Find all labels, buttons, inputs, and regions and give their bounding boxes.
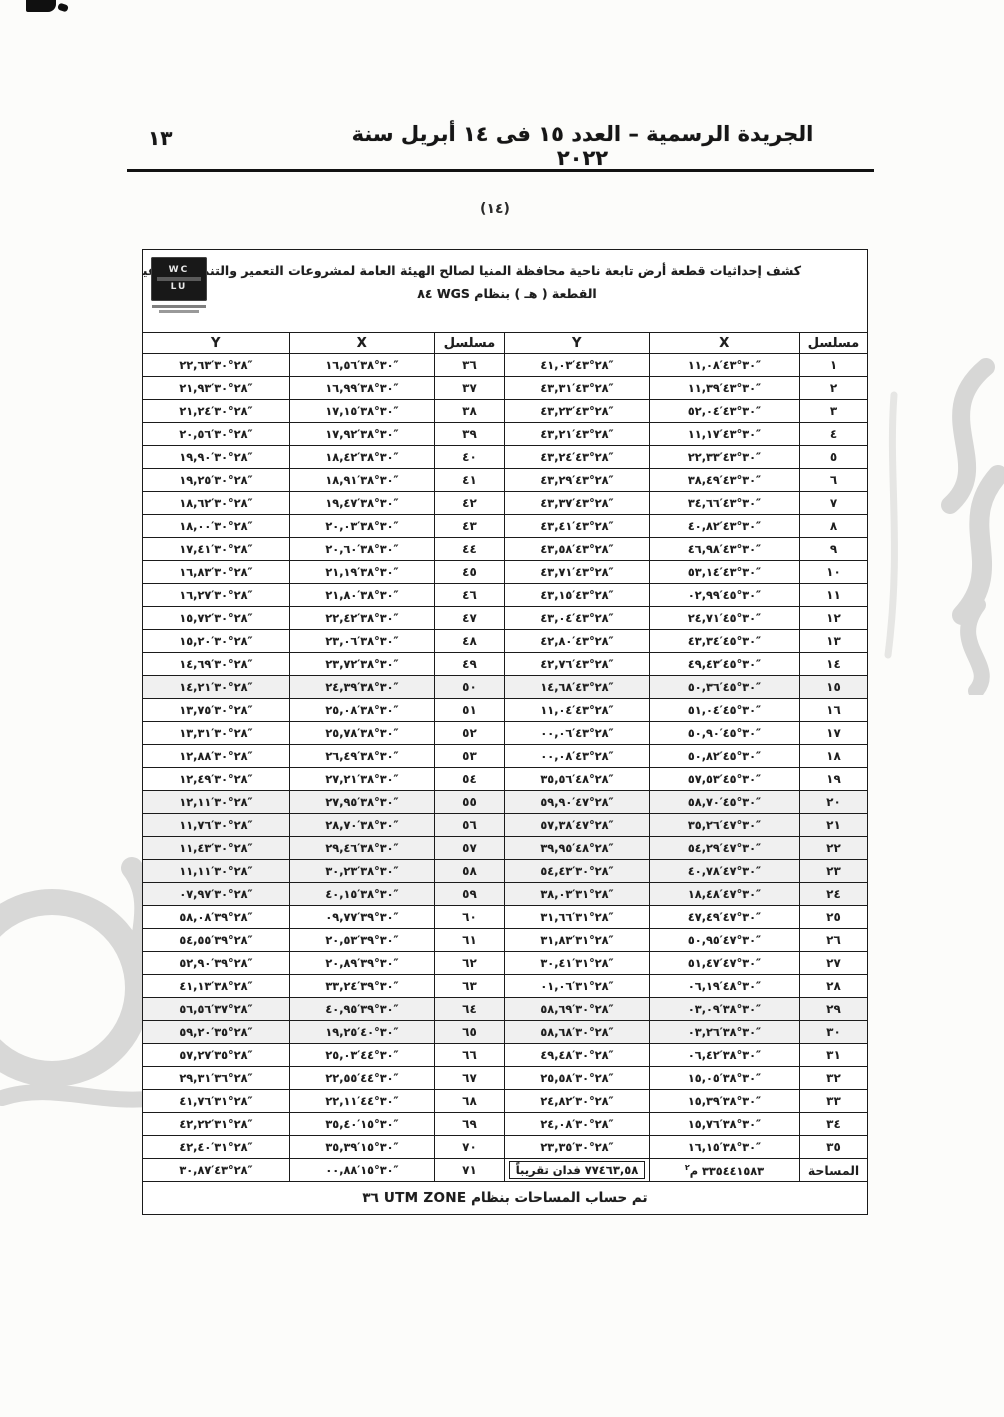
y-cell: ٢٨°٣٠′١٧,٤١″ bbox=[142, 538, 289, 561]
header-divider bbox=[127, 169, 874, 172]
serial-cell: ٢٣ bbox=[800, 860, 868, 883]
x-cell: ٣٠°٣٩′٤٠,٩٥″ bbox=[290, 998, 435, 1021]
serial-cell: ١٤ bbox=[800, 653, 868, 676]
x-cell: ٣٠°٤٤′٢٢,١١″ bbox=[290, 1090, 435, 1113]
y-cell: ٢٨°٤٧′٥٧,٣٨″ bbox=[505, 814, 650, 837]
y-cell: ٢٨°٣٠′٢١,٢٤″ bbox=[142, 400, 289, 423]
x-cell: ٣٠°٤٧′٣٥,٢٦″ bbox=[650, 814, 800, 837]
table-row: ٤٣٠°٤٣′١١,١٧″٢٨°٤٣′٤٣,٢١″٣٩٣٠°٣٨′١٧,٩٢″٢… bbox=[142, 423, 867, 446]
y-cell: ٢٨°٣١′٠١,٠٦″ bbox=[505, 975, 650, 998]
serial-cell: ١٥ bbox=[800, 676, 868, 699]
y-cell: ٢٨°٣٠′١٢,٨٨″ bbox=[142, 745, 289, 768]
x-cell: ٣٠°٤٣′٥٣,١٤″ bbox=[650, 561, 800, 584]
y-cell: ٢٨°٤٣′٤٣,٣١″ bbox=[505, 377, 650, 400]
y-cell: ٢٨°٣١′٤١,٧٦″ bbox=[142, 1090, 289, 1113]
table-row: ١٣٠°٤٣′١١,٠٨″٢٨°٤٣′٤١,٠٣″٣٦٣٠°٣٨′١٦,٥٦″٢… bbox=[142, 354, 867, 377]
x-cell: ٣٠°٤٧′٥٤,٢٩″ bbox=[650, 837, 800, 860]
serial-cell: ١٩ bbox=[800, 768, 868, 791]
y-cell: ٢٨°٣٠′٢٣,٣٥″ bbox=[505, 1136, 650, 1159]
authority-logo: WC LU bbox=[149, 257, 209, 325]
x-cell: ٣٠°٣٨′١٦,١٥″ bbox=[650, 1136, 800, 1159]
table-title-row: كشف إحداثيات قطعة أرض تابعة ناحية محافظة… bbox=[142, 250, 867, 333]
serial-cell: ٢ bbox=[800, 377, 868, 400]
gazette-page: الجريدة الرسمية – العدد ١٥ فى ١٤ أبريل س… bbox=[0, 0, 1004, 1417]
logo-caption-line bbox=[152, 305, 206, 308]
y-cell: ٢٨°٣٠′١٥,٢٠″ bbox=[142, 630, 289, 653]
x-cell: ٣٠°١٥′٠٠,٨٨″ bbox=[290, 1159, 435, 1182]
table-row: ٣٢٣٠°٣٨′١٥,٠٥″٢٨°٣٠′٢٥,٥٨″٦٧٣٠°٤٤′٢٢,٥٥″… bbox=[142, 1067, 867, 1090]
serial-cell: ٤٠ bbox=[435, 446, 505, 469]
x-cell: ٣٠°٣٨′٢٦,٤٩″ bbox=[290, 745, 435, 768]
y-cell: ٢٨°٣٠′١٣,٣١″ bbox=[142, 722, 289, 745]
logo-caption-line bbox=[159, 310, 199, 313]
y-cell: ٢٨°٣١′٣١,٨٣″ bbox=[505, 929, 650, 952]
serial-cell: ٦٤ bbox=[435, 998, 505, 1021]
serial-cell: ٣٦ bbox=[435, 354, 505, 377]
page-header: الجريدة الرسمية – العدد ١٥ فى ١٤ أبريل س… bbox=[330, 122, 835, 170]
column-header-serial: مسلسل bbox=[800, 333, 868, 354]
x-cell: ٣٠°٤٥′٥٠,٩٠″ bbox=[650, 722, 800, 745]
y-cell: ٢٨°٣٠′١٣,٧٥″ bbox=[142, 699, 289, 722]
x-cell: ٣٠°٤٥′٥٧,٥٣″ bbox=[650, 768, 800, 791]
serial-cell: ٤٤ bbox=[435, 538, 505, 561]
serial-cell: ٩ bbox=[800, 538, 868, 561]
table-row: ٢١٣٠°٤٧′٣٥,٢٦″٢٨°٤٧′٥٧,٣٨″٥٦٣٠°٣٨′٢٨,٧٠″… bbox=[142, 814, 867, 837]
serial-cell: ٤٧ bbox=[435, 607, 505, 630]
serial-cell: ١٨ bbox=[800, 745, 868, 768]
y-cell: ٢٨°٣٦′٢٩,٣١″ bbox=[142, 1067, 289, 1090]
table-row: ١٥٣٠°٤٥′٥٠,٣٦″٢٨°٤٣′١٤,٦٨″٥٠٣٠°٣٨′٢٤,٣٩″… bbox=[142, 676, 867, 699]
serial-cell: ٥١ bbox=[435, 699, 505, 722]
table-title-line2: القطعة ( هـ ) بنظام WGS ٨٤ bbox=[213, 283, 801, 304]
y-cell: ٢٨°٤٣′١١,٠٤″ bbox=[505, 699, 650, 722]
serial-cell: ٦٧ bbox=[435, 1067, 505, 1090]
serial-cell: ٢٨ bbox=[800, 975, 868, 998]
table-row: ٨٣٠°٤٣′٤٠,٨٢″٢٨°٤٣′٤٣,٤١″٤٣٣٠°٣٨′٢٠,٠٣″٢… bbox=[142, 515, 867, 538]
area-x-value: ٣٣٥٤٤١٥٨٣ م bbox=[690, 1164, 764, 1177]
y-cell: ٢٨°٣٠′١١,٤٣″ bbox=[142, 837, 289, 860]
x-cell: ٣٠°٣٨′٢٣,٧٢″ bbox=[290, 653, 435, 676]
table-footer-row: تم حساب المساحات بنظام UTM ZONE ٣٦ bbox=[142, 1182, 867, 1215]
y-cell: ٢٨°٣٠′١٤,٦٩″ bbox=[142, 653, 289, 676]
x-cell: ٣٠°٣٨′١٧,١٥″ bbox=[290, 400, 435, 423]
serial-cell: ٢٤ bbox=[800, 883, 868, 906]
y-cell: ٢٨°٣٠′٢٢,٦٣″ bbox=[142, 354, 289, 377]
table-row: ٣٤٣٠°٣٨′١٥,٧٦″٢٨°٣٠′٢٤,٠٨″٦٩٣٠°١٥′٣٥,٤٠″… bbox=[142, 1113, 867, 1136]
serial-cell: ٤٦ bbox=[435, 584, 505, 607]
y-cell: ٢٨°٤٣′٣٠,٨٧″ bbox=[142, 1159, 289, 1182]
serial-cell: ٦٩ bbox=[435, 1113, 505, 1136]
x-cell: ٣٠°٤٥′٥٠,٨٢″ bbox=[650, 745, 800, 768]
serial-cell: ٢٧ bbox=[800, 952, 868, 975]
serial-cell: ١٢ bbox=[800, 607, 868, 630]
column-header-y: Y bbox=[142, 333, 289, 354]
y-cell: ٢٨°٤٣′٤٢,٨٠″ bbox=[505, 630, 650, 653]
y-cell: ٢٨°٤٣′٤٣,٥٨″ bbox=[505, 538, 650, 561]
table-row: ٢٦٣٠°٤٧′٥٠,٩٥″٢٨°٣١′٣١,٨٣″٦١٣٠°٣٩′٢٠,٥٣″… bbox=[142, 929, 867, 952]
table-row: ٢٠٣٠°٤٥′٥٨,٧٠″٢٨°٤٧′٥٩,٩٠″٥٥٣٠°٣٨′٢٧,٩٥″… bbox=[142, 791, 867, 814]
serial-cell: ٣٩ bbox=[435, 423, 505, 446]
serial-cell: ٧٠ bbox=[435, 1136, 505, 1159]
serial-cell: ٦٢ bbox=[435, 952, 505, 975]
table-row: ٢٧٣٠°٤٧′٥١,٤٧″٢٨°٣١′٣٠,٤١″٦٢٣٠°٣٩′٢٠,٨٩″… bbox=[142, 952, 867, 975]
serial-cell: ١٣ bbox=[800, 630, 868, 653]
table-row: ١٦٣٠°٤٥′٥١,٠٤″٢٨°٤٣′١١,٠٤″٥١٣٠°٣٨′٢٥,٠٨″… bbox=[142, 699, 867, 722]
y-cell: ٢٨°٣٠′١٨,٦٢″ bbox=[142, 492, 289, 515]
table-row: ٣٥٣٠°٣٨′١٦,١٥″٢٨°٣٠′٢٣,٣٥″٧٠٣٠°١٥′٣٥,٣٩″… bbox=[142, 1136, 867, 1159]
logo-band bbox=[157, 277, 201, 281]
y-cell: ٢٨°٤٣′١٤,٦٨″ bbox=[505, 676, 650, 699]
table-title-line1: كشف إحداثيات قطعة أرض تابعة ناحية محافظة… bbox=[213, 260, 801, 281]
serial-cell: ٦٦ bbox=[435, 1044, 505, 1067]
y-cell: ٢٨°٤٣′٤٢,٧٦″ bbox=[505, 653, 650, 676]
x-cell: ٣٠°٣٨′٢٤,٣٩″ bbox=[290, 676, 435, 699]
serial-cell: ١٧ bbox=[800, 722, 868, 745]
y-cell: ٢٨°٣٠′٥٨,٦٩″ bbox=[505, 998, 650, 1021]
y-cell: ٢٨°٤٧′٥٩,٩٠″ bbox=[505, 791, 650, 814]
y-cell: ٢٨°٤٣′٤٣,٢٣″ bbox=[505, 400, 650, 423]
coordinates-table: كشف إحداثيات قطعة أرض تابعة ناحية محافظة… bbox=[143, 249, 868, 1215]
x-cell: ٣٠°٣٨′٢٨,٧٠″ bbox=[290, 814, 435, 837]
serial-cell: ٣٢ bbox=[800, 1067, 868, 1090]
x-cell: ٣٠°٣٨′١٨,٤٢″ bbox=[290, 446, 435, 469]
x-cell: ٣٠°٣٩′٣٣,٢٤″ bbox=[290, 975, 435, 998]
serial-cell: ٢٢ bbox=[800, 837, 868, 860]
serial-cell: ٧١ bbox=[435, 1159, 505, 1182]
y-cell: ٢٨°٤٣′٤٣,٢٩″ bbox=[505, 469, 650, 492]
table-row: ١٣٣٠°٤٥′٤٣,٣٤″٢٨°٤٣′٤٢,٨٠″٤٨٣٠°٣٨′٢٣,٠٦″… bbox=[142, 630, 867, 653]
serial-cell: ٦ bbox=[800, 469, 868, 492]
x-cell: ٣٠°٣٨′١٦,٥٦″ bbox=[290, 354, 435, 377]
y-cell: ٢٨°٣٩′٥٤,٥٥″ bbox=[142, 929, 289, 952]
y-cell: ٢٨°٣٠′١٥,٧٢″ bbox=[142, 607, 289, 630]
x-cell: ٣٠°٣٨′٢١,٨٠″ bbox=[290, 584, 435, 607]
y-cell: ٢٨°٣٠′١٦,٨٣″ bbox=[142, 561, 289, 584]
x-cell: ٣٠°٣٨′٢٩,٤٦″ bbox=[290, 837, 435, 860]
serial-cell: ٥٤ bbox=[435, 768, 505, 791]
y-cell: ٢٨°٣٠′٥٤,٤٣″ bbox=[505, 860, 650, 883]
table-row: ٣٣٣٠°٣٨′١٥,٣٩″٢٨°٣٠′٢٤,٨٢″٦٨٣٠°٤٤′٢٢,١١″… bbox=[142, 1090, 867, 1113]
table-row: ٣١٣٠°٣٨′٠٦,٤٢″٢٨°٣٠′٤٩,٤٨″٦٦٣٠°٤٤′٢٥,٠٣″… bbox=[142, 1044, 867, 1067]
authority-stamp-icon: WC LU bbox=[151, 257, 207, 301]
serial-cell: ٥٢ bbox=[435, 722, 505, 745]
x-cell: ٣٠°٣٨′١٥,٧٦″ bbox=[650, 1113, 800, 1136]
area-y-value: ٧٧٤٦٣,٥٨ فدان تقريباً bbox=[509, 1161, 646, 1179]
serial-cell: ٦٠ bbox=[435, 906, 505, 929]
table-row: ٢٣٣٠°٤٧′٤٠,٧٨″٢٨°٣٠′٥٤,٤٣″٥٨٣٠°٣٨′٣٠,٢٣″… bbox=[142, 860, 867, 883]
table-row: ١٧٣٠°٤٥′٥٠,٩٠″٢٨°٤٣′٠٠,٠٦″٥٢٣٠°٣٨′٢٥,٧٨″… bbox=[142, 722, 867, 745]
coordinates-table-body: ١٣٠°٤٣′١١,٠٨″٢٨°٤٣′٤١,٠٣″٣٦٣٠°٣٨′١٦,٥٦″٢… bbox=[142, 354, 867, 1182]
y-cell: ٢٨°٤٨′٣٥,٥٦″ bbox=[505, 768, 650, 791]
y-cell: ٢٨°٣٨′٤١,١٣″ bbox=[142, 975, 289, 998]
x-cell: ٣٠°٣٨′٤٠,١٥″ bbox=[290, 883, 435, 906]
x-cell: ٣٠°٣٨′٢٢,٤٢″ bbox=[290, 607, 435, 630]
table-row: ١١٣٠°٤٥′٠٢,٩٩″٢٨°٤٣′٤٣,١٥″٤٦٣٠°٣٨′٢١,٨٠″… bbox=[142, 584, 867, 607]
y-cell: ٢٨°٣٠′٤٩,٤٨″ bbox=[505, 1044, 650, 1067]
y-cell: ٢٨°٣٠′١٤,٢١″ bbox=[142, 676, 289, 699]
x-cell: ٣٠°٣٩′٢٠,٨٩″ bbox=[290, 952, 435, 975]
serial-cell: ٤٣ bbox=[435, 515, 505, 538]
y-cell: ٢٨°٣١′٣١,٦٦″ bbox=[505, 906, 650, 929]
x-cell: ٣٠°٣٨′١٨,٩١″ bbox=[290, 469, 435, 492]
logo-letters-top: WC bbox=[169, 266, 190, 275]
x-cell: ٣٠°٣٨′١٥,٣٩″ bbox=[650, 1090, 800, 1113]
y-cell: ٢٨°٤٣′٤٣,٣٧″ bbox=[505, 492, 650, 515]
table-row: ٢٣٠°٤٣′١١,٣٩″٢٨°٤٣′٤٣,٣١″٣٧٣٠°٣٨′١٦,٩٩″٢… bbox=[142, 377, 867, 400]
serial-cell: ٥٦ bbox=[435, 814, 505, 837]
serial-cell: ٦٣ bbox=[435, 975, 505, 998]
x-cell: ٣٠°٤٣′٤٠,٨٢″ bbox=[650, 515, 800, 538]
serial-cell: ٣٥ bbox=[800, 1136, 868, 1159]
serial-cell: ٤ bbox=[800, 423, 868, 446]
table-row: ٢٩٣٠°٣٨′٠٣,٠٩″٢٨°٣٠′٥٨,٦٩″٦٤٣٠°٣٩′٤٠,٩٥″… bbox=[142, 998, 867, 1021]
serial-cell: ١٦ bbox=[800, 699, 868, 722]
serial-cell: ٣٧ bbox=[435, 377, 505, 400]
x-cell: ٣٠°٤٥′٥١,٠٤″ bbox=[650, 699, 800, 722]
x-cell: ٣٠°٣٨′٢٠,٦٠″ bbox=[290, 538, 435, 561]
scan-smudge bbox=[57, 3, 69, 13]
x-cell: ٣٠°٣٨′٢٧,٩٥″ bbox=[290, 791, 435, 814]
serial-cell: ٢٩ bbox=[800, 998, 868, 1021]
y-cell: ٢٨°٣٠′١٢,٤٩″ bbox=[142, 768, 289, 791]
y-cell: ٢٨°٤٣′٤١,٠٣″ bbox=[505, 354, 650, 377]
column-header-x: X bbox=[290, 333, 435, 354]
y-cell: ٢٨°٣٠′١٦,٢٧″ bbox=[142, 584, 289, 607]
x-cell: ٣٠°٤٧′٤٠,٧٨″ bbox=[650, 860, 800, 883]
table-row: ١٩٣٠°٤٥′٥٧,٥٣″٢٨°٤٨′٣٥,٥٦″٥٤٣٠°٣٨′٢٧,٢١″… bbox=[142, 768, 867, 791]
serial-cell: ٦١ bbox=[435, 929, 505, 952]
x-cell: ٣٠°٣٨′٠٣,٢٦″ bbox=[650, 1021, 800, 1044]
x-cell: ٣٠°٤٧′١٨,٤٨″ bbox=[650, 883, 800, 906]
x-cell: ٣٠°٤٨′٠٦,١٩″ bbox=[650, 975, 800, 998]
y-cell: ٢٨°٣٠′٢٠,٥٦″ bbox=[142, 423, 289, 446]
serial-cell: ٣١ bbox=[800, 1044, 868, 1067]
x-cell: ٣٠°٤٥′٥٨,٧٠″ bbox=[650, 791, 800, 814]
x-cell: ٣٠°٤٣′١١,٠٨″ bbox=[650, 354, 800, 377]
x-cell: ٣٠°٣٨′١٩,٤٧″ bbox=[290, 492, 435, 515]
x-cell: ٣٠°٤٧′٤٧,٤٩″ bbox=[650, 906, 800, 929]
y-cell: ٢٨°٣٩′٥٨,٠٨″ bbox=[142, 906, 289, 929]
serial-cell: ٥ bbox=[800, 446, 868, 469]
y-cell: ٢٨°٣٩′٥٢,٩٠″ bbox=[142, 952, 289, 975]
x-cell: ٣٠°٣٨′١٧,٩٢″ bbox=[290, 423, 435, 446]
serial-cell: ٦٨ bbox=[435, 1090, 505, 1113]
x-cell: ٣٠°٣٨′٢١,١٩″ bbox=[290, 561, 435, 584]
table-row: ٣٣٠°٤٣′٥٢,٠٤″٢٨°٤٣′٤٣,٢٣″٣٨٣٠°٣٨′١٧,١٥″٢… bbox=[142, 400, 867, 423]
x-cell: ٣٠°٣٨′١٦,٩٩″ bbox=[290, 377, 435, 400]
serial-cell: ٤١ bbox=[435, 469, 505, 492]
table-row: ٢٨٣٠°٤٨′٠٦,١٩″٢٨°٣١′٠١,٠٦″٦٣٣٠°٣٩′٣٣,٢٤″… bbox=[142, 975, 867, 998]
y-cell: ٢٨°٤٣′٤٣,١٥″ bbox=[505, 584, 650, 607]
serial-cell: ٦٥ bbox=[435, 1021, 505, 1044]
y-cell: ٢٨°٣٠′٢٤,٨٢″ bbox=[505, 1090, 650, 1113]
y-cell: ٢٨°٣٥′٥٧,٢٧″ bbox=[142, 1044, 289, 1067]
y-cell: ٢٨°٤٣′٤٣,٠٤″ bbox=[505, 607, 650, 630]
x-cell: ٣٠°٣٩′٠٩,٧٧″ bbox=[290, 906, 435, 929]
y-cell: ٢٨°٤٨′٣٩,٩٥″ bbox=[505, 837, 650, 860]
x-cell: ٣٠°٤٥′٢٤,٧١″ bbox=[650, 607, 800, 630]
area-x-cell: ٣٣٥٤٤١٥٨٣ م٢ bbox=[650, 1159, 800, 1182]
table-row: ٣٠٣٠°٣٨′٠٣,٢٦″٢٨°٣٠′٥٨,٦٨″٦٥٣٠°٤٠′١٩,٢٥″… bbox=[142, 1021, 867, 1044]
logo-letters-bottom: LU bbox=[171, 283, 188, 292]
serial-cell: ٥٧ bbox=[435, 837, 505, 860]
x-cell: ٣٠°٣٨′٢٣,٠٦″ bbox=[290, 630, 435, 653]
column-header-serial: مسلسل bbox=[435, 333, 505, 354]
x-cell: ٣٠°٣٩′٢٠,٥٣″ bbox=[290, 929, 435, 952]
y-cell: ٢٨°٤٣′٤٣,٧١″ bbox=[505, 561, 650, 584]
serial-cell: ٥٣ bbox=[435, 745, 505, 768]
serial-cell: ١١ bbox=[800, 584, 868, 607]
scan-smudge bbox=[26, 0, 56, 12]
table-row: ٧٣٠°٤٣′٣٤,٦٦″٢٨°٤٣′٤٣,٣٧″٤٢٣٠°٣٨′١٩,٤٧″٢… bbox=[142, 492, 867, 515]
x-cell: ٣٠°١٥′٣٥,٤٠″ bbox=[290, 1113, 435, 1136]
x-cell: ٣٠°٤٣′٣٤,٦٦″ bbox=[650, 492, 800, 515]
serial-cell: ١٠ bbox=[800, 561, 868, 584]
y-cell: ٢٨°٤٣′٤٣,٤١″ bbox=[505, 515, 650, 538]
x-cell: ٣٠°٤٣′٤٦,٩٨″ bbox=[650, 538, 800, 561]
serial-cell: ٥٠ bbox=[435, 676, 505, 699]
y-cell: ٢٨°٣١′٤٢,٤٠″ bbox=[142, 1136, 289, 1159]
table-row: ٢٢٣٠°٤٧′٥٤,٢٩″٢٨°٤٨′٣٩,٩٥″٥٧٣٠°٣٨′٢٩,٤٦″… bbox=[142, 837, 867, 860]
table-title-cell: كشف إحداثيات قطعة أرض تابعة ناحية محافظة… bbox=[142, 250, 867, 333]
x-cell: ٣٠°٣٨′٠٣,٠٩″ bbox=[650, 998, 800, 1021]
page-number: ١٣ bbox=[148, 126, 172, 150]
footer-note: تم حساب المساحات بنظام UTM ZONE ٣٦ bbox=[142, 1182, 867, 1215]
y-cell: ٢٨°٣٠′٠٧,٩٧″ bbox=[142, 883, 289, 906]
serial-cell: ٣٨ bbox=[435, 400, 505, 423]
y-cell: ٢٨°٣١′٣٠,٤١″ bbox=[505, 952, 650, 975]
y-cell: ٢٨°٣٥′٥٩,٢٠″ bbox=[142, 1021, 289, 1044]
serial-cell: ٣ bbox=[800, 400, 868, 423]
y-cell: ٢٨°٣٧′٥٦,٥٦″ bbox=[142, 998, 289, 1021]
x-cell: ٣٠°٣٨′٣٠,٢٣″ bbox=[290, 860, 435, 883]
column-header-row: مسلسل X Y مسلسل X Y bbox=[142, 333, 867, 354]
serial-cell: ٢٦ bbox=[800, 929, 868, 952]
x-cell: ٣٠°٣٨′٢٥,٧٨″ bbox=[290, 722, 435, 745]
table-row: المساحة٣٣٥٤٤١٥٨٣ م٢٧٧٤٦٣,٥٨ فدان تقريباً… bbox=[142, 1159, 867, 1182]
y-cell: ٢٨°٣١′٤٢,٢٢″ bbox=[142, 1113, 289, 1136]
serial-cell: ٨ bbox=[800, 515, 868, 538]
serial-cell: ٣٤ bbox=[800, 1113, 868, 1136]
y-cell: ٢٨°٤٣′٠٠,٠٨″ bbox=[505, 745, 650, 768]
x-cell: ٣٠°٣٨′٢٧,٢١″ bbox=[290, 768, 435, 791]
serial-cell: ٢٥ bbox=[800, 906, 868, 929]
x-cell: ٣٠°٤٧′٥١,٤٧″ bbox=[650, 952, 800, 975]
table-row: ٥٣٠°٤٣′٢٢,٣٣″٢٨°٤٣′٤٣,٢٤″٤٠٣٠°٣٨′١٨,٤٢″٢… bbox=[142, 446, 867, 469]
x-cell: ٣٠°٤٣′١١,٣٩″ bbox=[650, 377, 800, 400]
x-cell: ٣٠°٤٣′٥٢,٠٤″ bbox=[650, 400, 800, 423]
y-cell: ٢٨°٣١′٣٨,٠٣″ bbox=[505, 883, 650, 906]
x-cell: ٣٠°٣٨′١٥,٠٥″ bbox=[650, 1067, 800, 1090]
table-row: ٦٣٠°٤٣′٣٨,٤٩″٢٨°٤٣′٤٣,٢٩″٤١٣٠°٣٨′١٨,٩١″٢… bbox=[142, 469, 867, 492]
serial-cell: ٢٠ bbox=[800, 791, 868, 814]
x-cell: ٣٠°٤٠′١٩,٢٥″ bbox=[290, 1021, 435, 1044]
column-header-y: Y bbox=[505, 333, 650, 354]
serial-cell: ٤٨ bbox=[435, 630, 505, 653]
x-cell: ٣٠°٤٥′٠٢,٩٩″ bbox=[650, 584, 800, 607]
x-cell: ٣٠°٣٨′٠٦,٤٢″ bbox=[650, 1044, 800, 1067]
y-cell: ٢٨°٤٣′٤٣,٢١″ bbox=[505, 423, 650, 446]
watermark-shape bbox=[858, 355, 1004, 695]
y-cell: ٢٨°٣٠′١١,١١″ bbox=[142, 860, 289, 883]
serial-cell: ٥٩ bbox=[435, 883, 505, 906]
y-cell: ٢٨°٣٠′٢١,٩٣″ bbox=[142, 377, 289, 400]
y-cell: ٢٨°٣٠′١١,٧٦″ bbox=[142, 814, 289, 837]
y-cell: ٢٨°٤٣′٤٣,٢٤″ bbox=[505, 446, 650, 469]
section-label: (١٤) bbox=[440, 201, 550, 217]
area-y-cell: ٧٧٤٦٣,٥٨ فدان تقريباً bbox=[505, 1159, 650, 1182]
table-row: ١٨٣٠°٤٥′٥٠,٨٢″٢٨°٤٣′٠٠,٠٨″٥٣٣٠°٣٨′٢٦,٤٩″… bbox=[142, 745, 867, 768]
x-cell: ٣٠°٤٥′٤٩,٤٣″ bbox=[650, 653, 800, 676]
column-header-x: X bbox=[650, 333, 800, 354]
y-cell: ٢٨°٣٠′٢٥,٥٨″ bbox=[505, 1067, 650, 1090]
y-cell: ٢٨°٣٠′١٩,٩٠″ bbox=[142, 446, 289, 469]
serial-cell: ٣٣ bbox=[800, 1090, 868, 1113]
x-cell: ٣٠°٤٣′٢٢,٣٣″ bbox=[650, 446, 800, 469]
y-cell: ٢٨°٣٠′٥٨,٦٨″ bbox=[505, 1021, 650, 1044]
serial-cell: ٤٩ bbox=[435, 653, 505, 676]
table-row: ٢٤٣٠°٤٧′١٨,٤٨″٢٨°٣١′٣٨,٠٣″٥٩٣٠°٣٨′٤٠,١٥″… bbox=[142, 883, 867, 906]
serial-cell: ٤٥ bbox=[435, 561, 505, 584]
y-cell: ٢٨°٣٠′١٩,٢٥″ bbox=[142, 469, 289, 492]
x-cell: ٣٠°٤٧′٥٠,٩٥″ bbox=[650, 929, 800, 952]
serial-cell: ٣٠ bbox=[800, 1021, 868, 1044]
y-cell: ٢٨°٣٠′١٢,١١″ bbox=[142, 791, 289, 814]
serial-cell: ٥٨ bbox=[435, 860, 505, 883]
serial-cell: ٥٥ bbox=[435, 791, 505, 814]
serial-cell: ١ bbox=[800, 354, 868, 377]
x-cell: ٣٠°٤٥′٤٣,٣٤″ bbox=[650, 630, 800, 653]
x-cell: ٣٠°٤٣′٣٨,٤٩″ bbox=[650, 469, 800, 492]
serial-cell: ٢١ bbox=[800, 814, 868, 837]
x-cell: ٣٠°٣٨′٢٠,٠٣″ bbox=[290, 515, 435, 538]
x-cell: ٣٠°٤٥′٥٠,٣٦″ bbox=[650, 676, 800, 699]
table-row: ١٤٣٠°٤٥′٤٩,٤٣″٢٨°٤٣′٤٢,٧٦″٤٩٣٠°٣٨′٢٣,٧٢″… bbox=[142, 653, 867, 676]
table-row: ١٢٣٠°٤٥′٢٤,٧١″٢٨°٤٣′٤٣,٠٤″٤٧٣٠°٣٨′٢٢,٤٢″… bbox=[142, 607, 867, 630]
x-cell: ٣٠°٤٣′١١,١٧″ bbox=[650, 423, 800, 446]
x-cell: ٣٠°٤٤′٢٥,٠٣″ bbox=[290, 1044, 435, 1067]
x-cell: ٣٠°١٥′٣٥,٣٩″ bbox=[290, 1136, 435, 1159]
serial-cell: ٧ bbox=[800, 492, 868, 515]
table-row: ٩٣٠°٤٣′٤٦,٩٨″٢٨°٤٣′٤٣,٥٨″٤٤٣٠°٣٨′٢٠,٦٠″٢… bbox=[142, 538, 867, 561]
area-label-cell: المساحة bbox=[800, 1159, 868, 1182]
table-row: ٢٥٣٠°٤٧′٤٧,٤٩″٢٨°٣١′٣١,٦٦″٦٠٣٠°٣٩′٠٩,٧٧″… bbox=[142, 906, 867, 929]
serial-cell: ٤٢ bbox=[435, 492, 505, 515]
y-cell: ٢٨°٣٠′٢٤,٠٨″ bbox=[505, 1113, 650, 1136]
x-cell: ٣٠°٣٨′٢٥,٠٨″ bbox=[290, 699, 435, 722]
table-row: ١٠٣٠°٤٣′٥٣,١٤″٢٨°٤٣′٤٣,٧١″٤٥٣٠°٣٨′٢١,١٩″… bbox=[142, 561, 867, 584]
y-cell: ٢٨°٣٠′١٨,٠٠″ bbox=[142, 515, 289, 538]
y-cell: ٢٨°٤٣′٠٠,٠٦″ bbox=[505, 722, 650, 745]
x-cell: ٣٠°٤٤′٢٢,٥٥″ bbox=[290, 1067, 435, 1090]
